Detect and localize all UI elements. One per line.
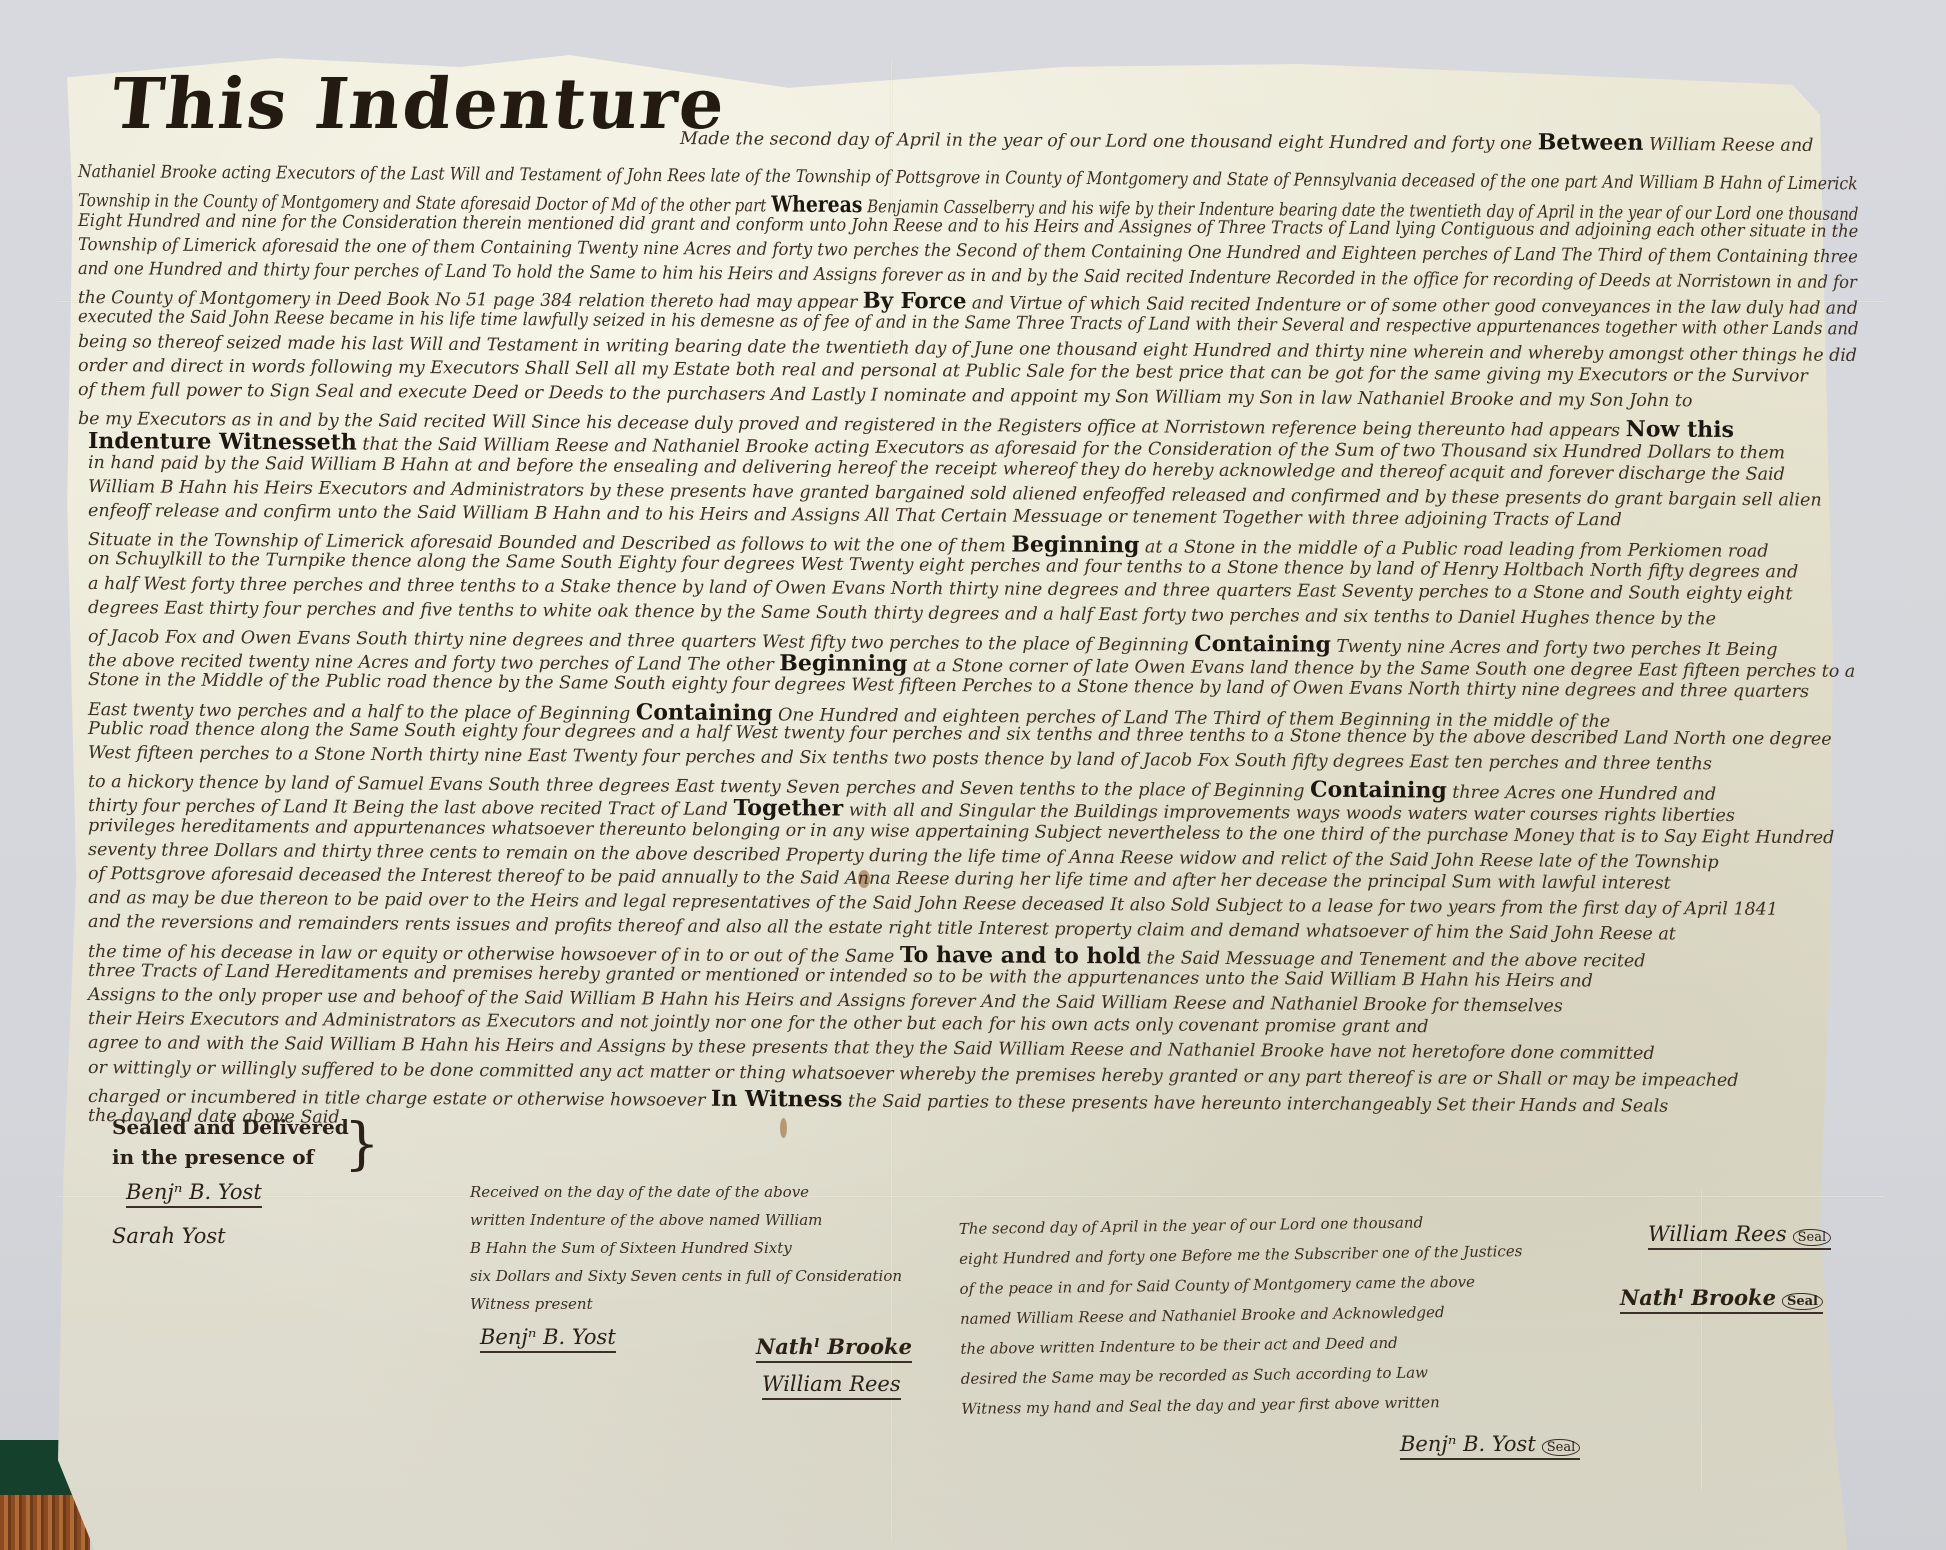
receipt-line: B Hahn the Sum of Sixteen Hundred Sixty [470, 1234, 902, 1262]
attestation-heading: Sealed and Delivered in the presence of [112, 1112, 349, 1172]
witness-signature-1: Benjⁿ B. Yost [126, 1180, 262, 1208]
emphasized-phrase: In Witness [711, 1086, 843, 1113]
emphasized-phrase: Beginning [1011, 532, 1139, 559]
emphasized-phrase: To have and to hold [900, 942, 1141, 969]
receipt-signer-brooke: Nathˡ Brooke [756, 1334, 912, 1363]
receipt-signer-rees: William Rees [762, 1372, 901, 1400]
receipt-line: six Dollars and Sixty Seven cents in ful… [470, 1262, 902, 1290]
witness-signature-2: Sarah Yost [112, 1224, 226, 1248]
grantor-signature-rees: William ReesSeal [1648, 1222, 1831, 1250]
seal-icon: Seal [1542, 1439, 1581, 1456]
receipt-witness-label: Witness present [470, 1290, 902, 1318]
seal-icon: Seal [1782, 1293, 1823, 1310]
receipt-text: Received on the day of the date of the a… [470, 1178, 902, 1318]
line-text: the Said Messuage and Tenement and the a… [1146, 948, 1645, 971]
attestation-line-1: Sealed and Delivered [112, 1112, 349, 1142]
document-title: This Indenture [108, 62, 731, 145]
emphasized-phrase: Together [733, 795, 843, 822]
attestation-line-2: in the presence of [112, 1142, 349, 1172]
grantor-signature-brooke: Nathˡ BrookeSeal [1620, 1285, 1823, 1314]
acknowledgment-text: The second day of April in the year of o… [959, 1206, 1525, 1424]
grantor-name: William Rees [1648, 1222, 1787, 1246]
emphasized-phrase: Beginning [779, 650, 907, 677]
seal-icon: Seal [1793, 1229, 1832, 1246]
receipt-witness-signature: Benjⁿ B. Yost [480, 1325, 616, 1353]
receipt-line: written Indenture of the above named Wil… [470, 1206, 902, 1234]
justice-signature: Benjⁿ B. YostSeal [1400, 1432, 1580, 1460]
line-text: William Reese and [1649, 135, 1813, 156]
emphasized-phrase: By Force [863, 288, 967, 315]
fold-crease [58, 1195, 1884, 1198]
line-text: Made the second day of April in the year… [680, 129, 1532, 154]
grantor-name: Nathˡ Brooke [1620, 1285, 1776, 1310]
justice-name: Benjⁿ B. Yost [1400, 1432, 1536, 1456]
receipt-line: Received on the day of the date of the a… [470, 1178, 902, 1206]
emphasized-phrase: Indenture Witnesseth [88, 428, 357, 456]
brace-mark: } [344, 1112, 380, 1177]
emphasized-phrase: Between [1538, 129, 1644, 156]
